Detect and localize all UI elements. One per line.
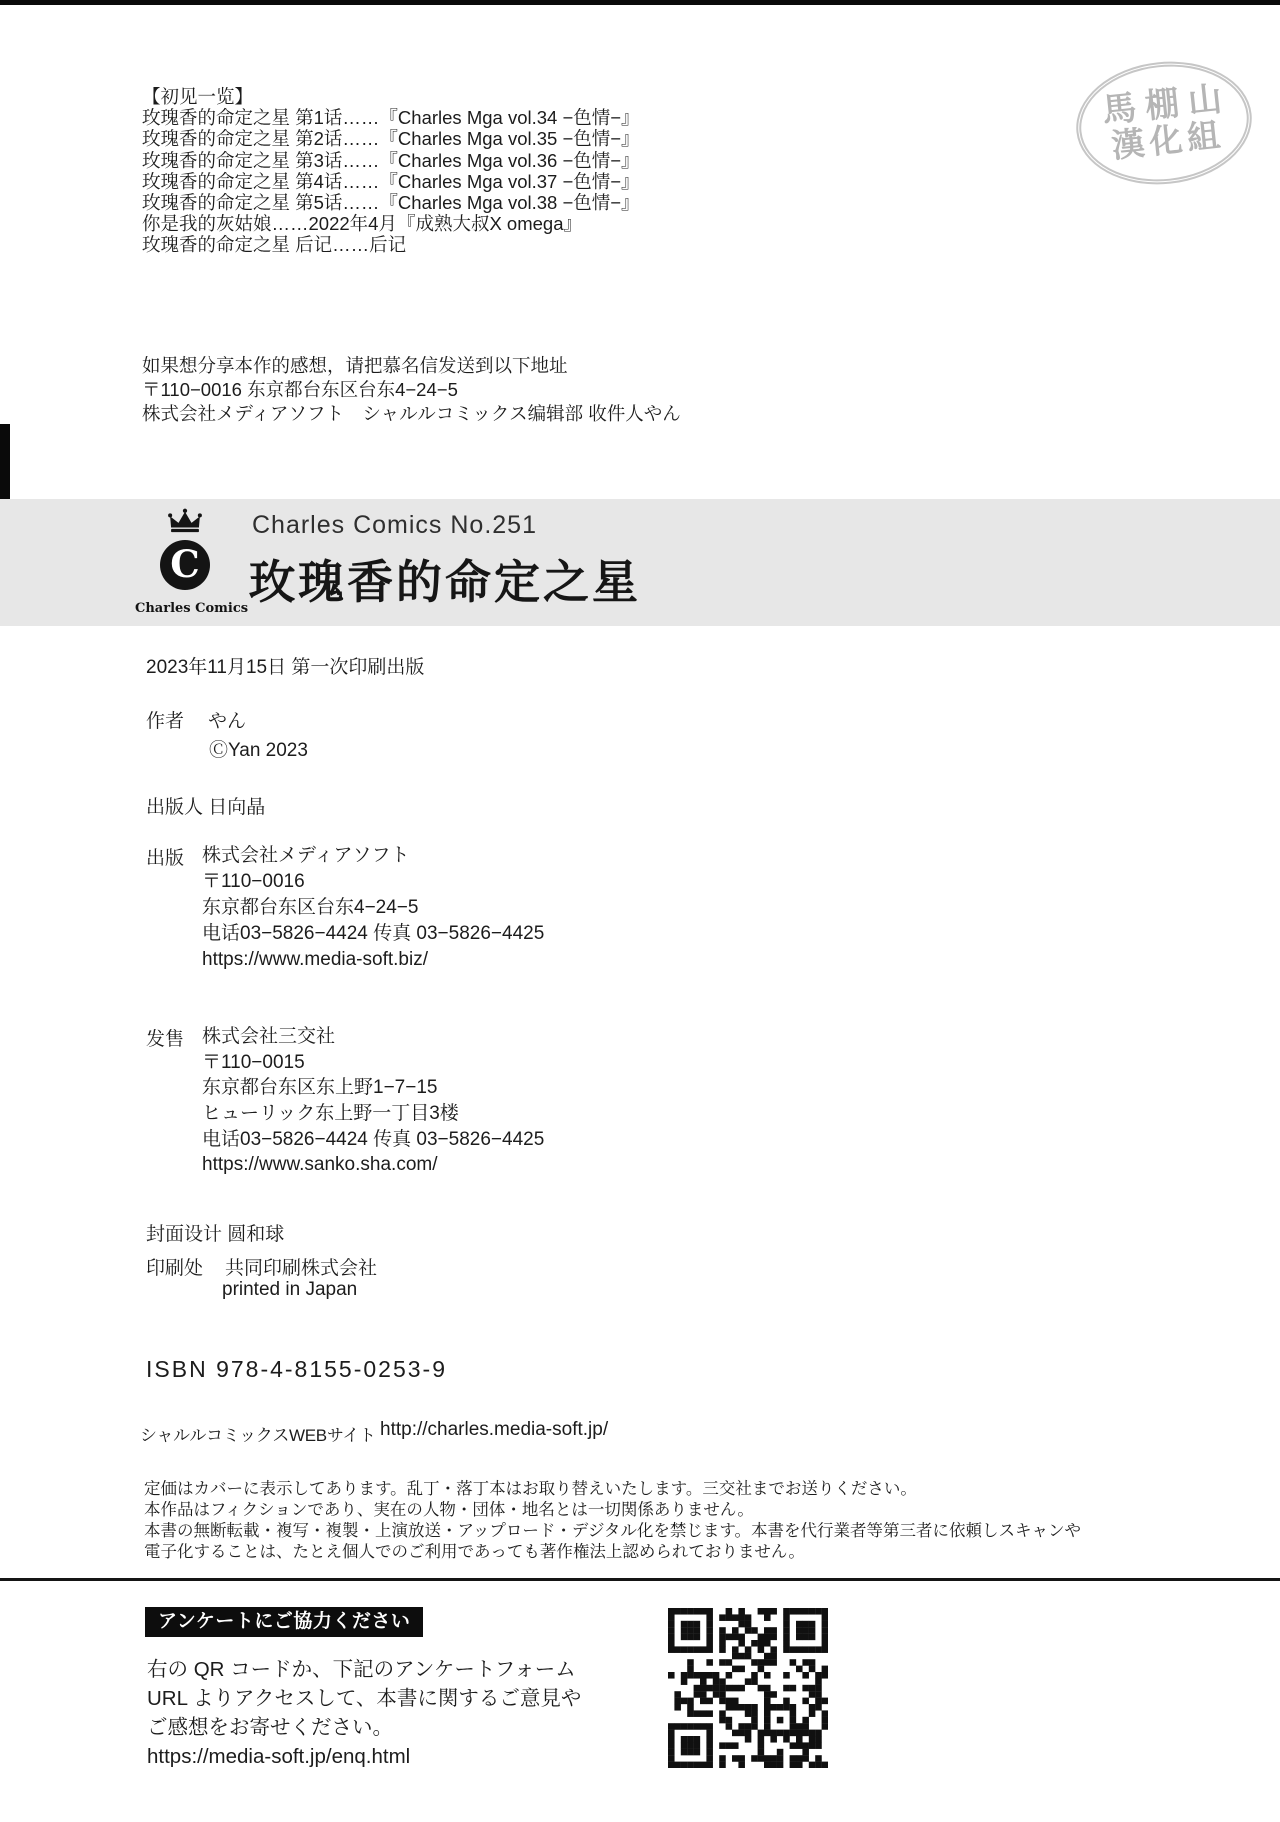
series-number: Charles Comics No.251: [252, 511, 537, 540]
feedback-line: 如果想分享本作的感想，请把慕名信发送到以下地址: [142, 354, 681, 378]
survey-text: 右の QR コードか、下記のアンケートフォーム URL よりアクセスして、本書に…: [147, 1655, 581, 1771]
colophon-page: 馬棚山 漢化組 【初见一览】 玫瑰香的命定之星 第1话……『Charles Mg…: [0, 0, 1280, 1822]
publish-name: 株式会社メディアソフト: [202, 843, 544, 869]
feedback-line: 株式会社メディアソフト シャルルコミックス编辑部 收件人やん: [142, 402, 681, 426]
list-item: 玫瑰香的命定之星 第4话……『Charles Mga vol.37 −色情−』: [142, 171, 640, 192]
feedback-line: 〒110−0016 东京都台东区台东4−24−5: [142, 378, 681, 402]
sale-block: 株式会社三交社 〒110−0015 东京都台东区东上野1−7−15 ヒューリック…: [202, 1024, 544, 1178]
book-title: 玫瑰香的命定之星: [249, 546, 641, 612]
sale-line: 东京都台东区东上野1−7−15: [202, 1075, 544, 1101]
logo-monogram: C: [160, 540, 210, 590]
publish-line: 电话03−5826−4424 传真 03−5826−4425: [202, 921, 544, 947]
first-appearance-list: 【初见一览】 玫瑰香的命定之星 第1话……『Charles Mga vol.34…: [142, 86, 640, 256]
publisher-person: 出版人 日向晶: [146, 792, 265, 819]
isbn: ISBN 978-4-8155-0253-9: [146, 1356, 447, 1383]
qr-code: [668, 1608, 828, 1768]
legal-line: 本作品はフィクションであり、実在の人物・団体・地名とは一切関係ありません。: [144, 1500, 1081, 1521]
sale-label: 发售: [146, 1024, 184, 1051]
crown-icon: [165, 508, 205, 534]
legal-line: 電子化することは、たとえ個人でのご利用であっても著作権法上認められておりません。: [144, 1542, 1081, 1563]
legal-line: 定価はカバーに表示してあります。乱丁・落丁本はお取り替えいたします。三交社までお…: [144, 1479, 1081, 1500]
web-label: シャルルコミックスWEBサイト: [140, 1421, 376, 1446]
author-name: やん: [208, 706, 246, 733]
printing-name: 共同印刷株式会社: [225, 1253, 377, 1280]
logo-label: Charles Comics: [135, 601, 235, 616]
page-top-scan-edge: [0, 0, 1280, 5]
first-appearance-heading: 【初见一览】: [142, 86, 640, 107]
publish-line: 东京都台东区台东4−24−5: [202, 895, 544, 921]
sale-line: 〒110−0015: [202, 1050, 544, 1076]
legal-line: 本書の無断転載・複写・複製・上演放送・アップロード・デジタル化を禁じます。本書を…: [144, 1521, 1081, 1542]
publish-line: 〒110−0016: [202, 869, 544, 895]
list-item: 玫瑰香的命定之星 第1话……『Charles Mga vol.34 −色情−』: [142, 107, 640, 128]
publish-label: 出版: [146, 843, 184, 870]
section-divider: [0, 1578, 1280, 1581]
author-label: 作者: [146, 706, 184, 733]
legal-notices: 定価はカバーに表示してあります。乱丁・落丁本はお取り替えいたします。三交社までお…: [144, 1479, 1081, 1563]
sale-line: https://www.sanko.sha.com/: [202, 1152, 544, 1178]
cover-design: 封面设计 圆和球: [146, 1219, 284, 1246]
print-date: 2023年11月15日 第一次印刷出版: [146, 652, 424, 679]
printing-label: 印刷处: [146, 1253, 203, 1280]
survey-line: ご感想をお寄せください。: [147, 1713, 581, 1742]
list-item: 玫瑰香的命定之星 第5话……『Charles Mga vol.38 −色情−』: [142, 192, 640, 213]
list-item: 玫瑰香的命定之星 第3话……『Charles Mga vol.36 −色情−』: [142, 150, 640, 171]
list-item: 你是我的灰姑娘……2022年4月『成熟大叔X omega』: [142, 213, 640, 234]
publish-line: https://www.media-soft.biz/: [202, 947, 544, 973]
sale-line: 电话03−5826−4424 传真 03−5826−4425: [202, 1127, 544, 1153]
web-url: http://charles.media-soft.jp/: [380, 1419, 608, 1441]
feedback-address: 如果想分享本作的感想，请把慕名信发送到以下地址 〒110−0016 东京都台东区…: [142, 354, 681, 426]
printing-note: printed in Japan: [222, 1279, 357, 1301]
survey-header: アンケートにご協力ください: [145, 1607, 423, 1637]
copyright-line: ⒸYan 2023: [209, 735, 308, 762]
scanlation-group-watermark: 馬棚山 漢化組: [1070, 53, 1258, 193]
survey-line: https://media-soft.jp/enq.html: [147, 1742, 581, 1771]
publish-block: 株式会社メディアソフト 〒110−0016 东京都台东区台东4−24−5 电话0…: [202, 843, 544, 973]
list-item: 玫瑰香的命定之星 第2话……『Charles Mga vol.35 −色情−』: [142, 128, 640, 149]
survey-line: URL よりアクセスして、本書に関するご意見や: [147, 1684, 581, 1713]
survey-line: 右の QR コードか、下記のアンケートフォーム: [147, 1655, 581, 1684]
charles-comics-logo: C Charles Comics: [135, 508, 235, 616]
sale-name: 株式会社三交社: [202, 1024, 544, 1050]
list-item: 玫瑰香的命定之星 后记……后记: [142, 234, 640, 255]
sale-line: ヒューリック东上野一丁目3楼: [202, 1101, 544, 1127]
watermark-line2: 漢化組: [1110, 117, 1227, 163]
